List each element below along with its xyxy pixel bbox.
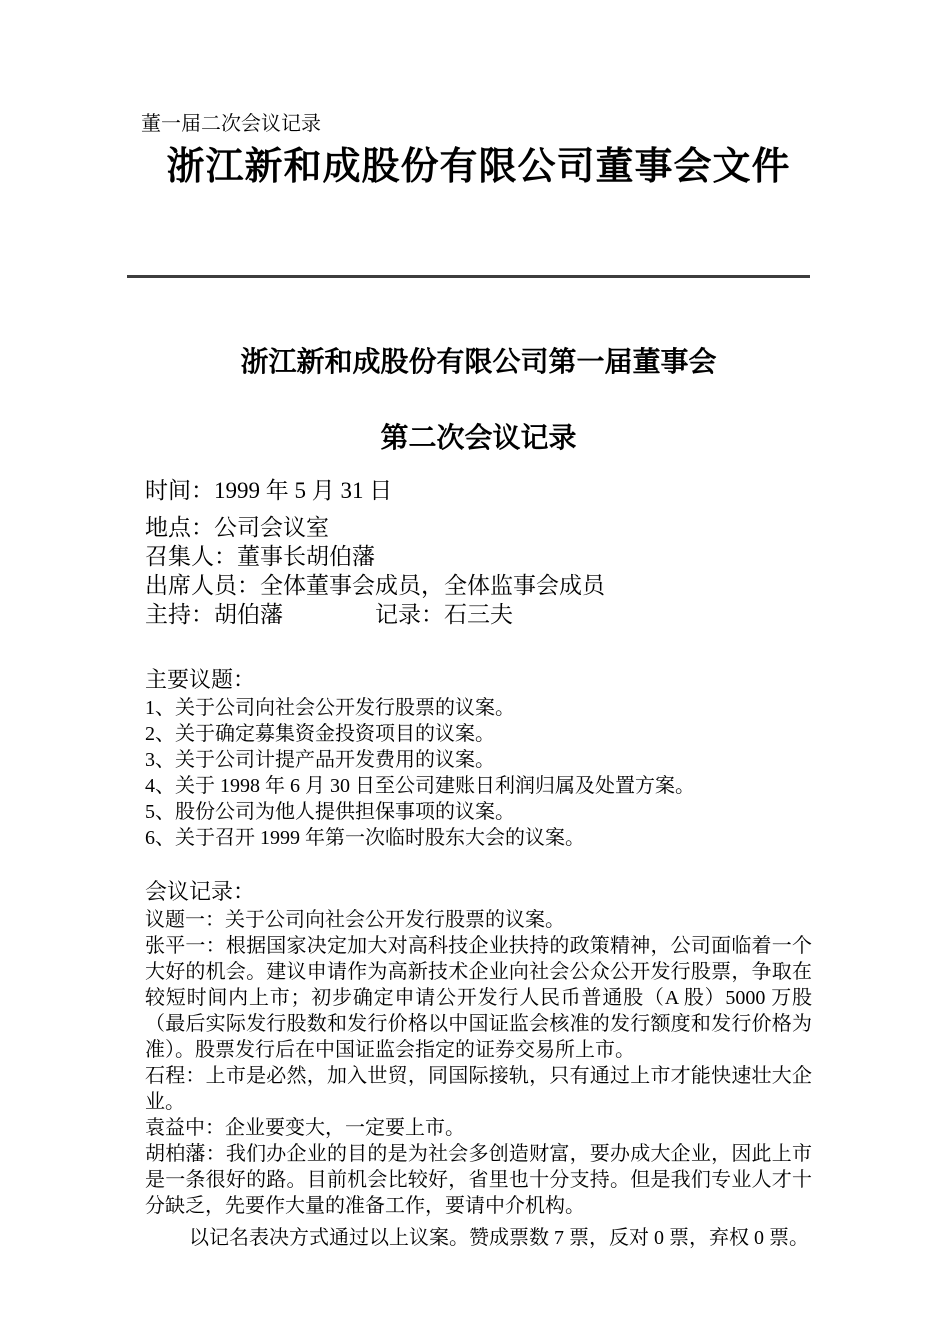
topic-item-3: 3、关于公司计提产品开发费用的议案。: [145, 747, 812, 773]
meta-convener: 召集人：董事长胡伯藩: [145, 542, 812, 571]
meta-recorder: 记录：石三夫: [375, 602, 513, 627]
document-page: 董一届二次会议记录 浙江新和成股份有限公司董事会文件 浙江新和成股份有限公司第一…: [0, 0, 950, 1344]
meeting-heading-line1: 浙江新和成股份有限公司第一届董事会: [145, 346, 812, 379]
document-title: 浙江新和成股份有限公司董事会文件: [145, 142, 812, 192]
divider: [127, 275, 810, 278]
topic-item-5: 5、股份公司为他人提供担保事项的议案。: [145, 799, 812, 825]
meta-time: 时间：1999 年 5 月 31 日: [145, 476, 812, 505]
meeting-heading-line2: 第二次会议记录: [145, 422, 812, 455]
record-section: 会议记录： 议题一：关于公司向社会公开发行股票的议案。 张平一：根据国家决定加大…: [145, 879, 812, 1251]
meta-host-recorder-line: 主持：胡伯藩记录：石三夫: [145, 600, 812, 629]
speech-yuan-yizhong: 袁益中：企业要变大，一定要上市。: [145, 1115, 812, 1141]
topic-item-4: 4、关于 1998 年 6 月 30 日至公司建账日利润归属及处置方案。: [145, 773, 812, 799]
vote-result: 以记名表决方式通过以上议案。赞成票数 7 票，反对 0 票，弃权 0 票。: [145, 1225, 812, 1251]
meta-place: 地点：公司会议室: [145, 513, 812, 542]
topics-section: 主要议题： 1、关于公司向社会公开发行股票的议案。 2、关于确定募集资金投资项目…: [145, 667, 812, 851]
speech-shi-cheng: 石程：上市是必然，加入世贸，同国际接轨，只有通过上市才能快速壮大企业。: [145, 1063, 812, 1115]
speech-zhang-pingyi: 张平一：根据国家决定加大对高科技企业扶持的政策精神，公司面临着一个大好的机会。建…: [145, 933, 812, 1063]
topic-item-6: 6、关于召开 1999 年第一次临时股东大会的议案。: [145, 825, 812, 851]
topic-item-2: 2、关于确定募集资金投资项目的议案。: [145, 721, 812, 747]
record-topic-line: 议题一：关于公司向社会公开发行股票的议案。: [145, 907, 812, 933]
topic-item-1: 1、关于公司向社会公开发行股票的议案。: [145, 695, 812, 721]
meta-attendees: 出席人员：全体董事会成员，全体监事会成员: [145, 571, 812, 600]
header-note: 董一届二次会议记录: [141, 112, 812, 136]
record-title: 会议记录：: [145, 879, 812, 905]
meeting-meta: 时间：1999 年 5 月 31 日 地点：公司会议室 召集人：董事长胡伯藩 出…: [145, 476, 812, 629]
topics-title: 主要议题：: [145, 667, 812, 693]
speech-hu-bofan: 胡柏藩：我们办企业的目的是为社会多创造财富，要办成大企业，因此上市是一条很好的路…: [145, 1141, 812, 1219]
meta-host: 主持：胡伯藩: [145, 602, 283, 627]
